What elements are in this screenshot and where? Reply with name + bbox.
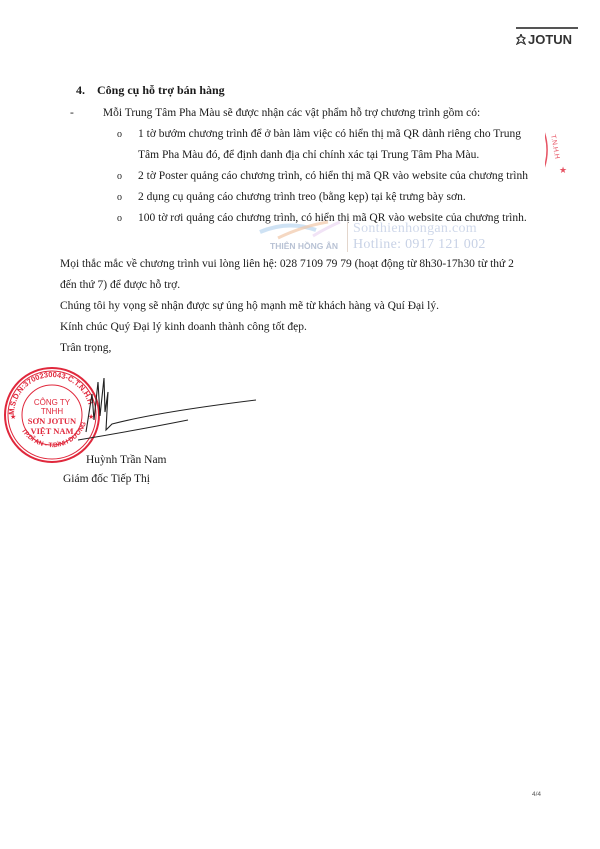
svg-text:TNHH: TNHH (41, 407, 63, 416)
signature (78, 372, 258, 452)
item-text: Tâm Pha Màu đó, để định danh địa chỉ chí… (138, 145, 479, 167)
logo-text: JOTUN (528, 32, 572, 47)
section-title: Công cụ hỗ trợ bán hàng (97, 83, 225, 97)
item-text: 1 tờ bướm chương trình để ở bàn làm việc… (138, 124, 521, 146)
svg-text:★: ★ (559, 165, 567, 175)
section-number: 4. (76, 83, 94, 98)
signer-name: Huỳnh Trần Nam (86, 454, 167, 466)
circle-bullet-icon: o (117, 166, 122, 188)
wish-paragraph: Kính chúc Quý Đại lý kinh doanh thành cô… (60, 317, 307, 338)
jotun-sandefjord-icon (516, 34, 526, 45)
svg-text:VIỆT NAM: VIỆT NAM (30, 426, 73, 436)
intro-text: Mỗi Trung Tâm Pha Màu sẽ được nhận các v… (103, 107, 480, 119)
svg-text:★: ★ (10, 413, 16, 421)
circle-bullet-icon: o (117, 124, 122, 146)
svg-text:T.N.H.H: T.N.H.H (549, 134, 560, 159)
dash-marker: - (70, 107, 100, 119)
page-number: 4/4 (532, 791, 541, 798)
hope-paragraph: Chúng tôi hy vọng sẽ nhận được sự ủng hộ… (60, 296, 439, 317)
contact-paragraph: Mọi thắc mắc về chương trình vui lòng li… (60, 254, 514, 275)
circle-bullet-icon: o (117, 208, 122, 230)
svg-text:SƠN JOTUN: SƠN JOTUN (28, 416, 77, 426)
closing: Trân trọng, (60, 338, 111, 359)
item-text: 2 tờ Poster quảng cáo chương trình, có h… (138, 166, 528, 188)
stamp-fragment: T.N.H.H ★ (545, 95, 600, 205)
watermark-hotline: Hotline: 0917 121 002 (353, 237, 486, 253)
svg-text:CÔNG TY: CÔNG TY (34, 398, 71, 407)
circle-bullet-icon: o (117, 187, 122, 209)
contact-paragraph-cont: đến thứ 7) để được hỗ trợ. (60, 275, 180, 296)
jotun-logo: JOTUN (516, 27, 578, 48)
swoosh-icon (258, 218, 348, 242)
watermark-divider (347, 222, 348, 252)
watermark-brand: THIÊN HỒNG ÂN (270, 241, 338, 251)
item-text: 2 dụng cụ quảng cáo chương trình treo (b… (138, 187, 466, 209)
signer-title: Giám đốc Tiếp Thị (63, 473, 150, 485)
intro-line: - Mỗi Trung Tâm Pha Màu sẽ được nhận các… (70, 107, 480, 119)
watermark-url: Sonthienhongan.com (353, 221, 477, 237)
section-heading: 4. Công cụ hỗ trợ bán hàng (76, 83, 225, 98)
